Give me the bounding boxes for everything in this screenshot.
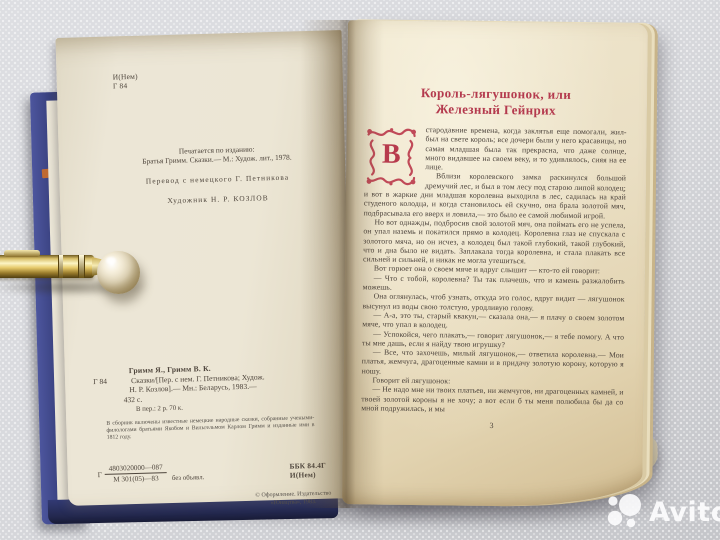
library-call-number: И(Нем) Г 84 <box>113 72 139 91</box>
bbk-classification: ББК 84.4Г И(Нем) <box>289 461 326 480</box>
pen-ring <box>58 255 63 278</box>
catalog-code: Г 4803020000—087 М 301(05)—83 без объявл… <box>97 462 204 484</box>
drop-cap: В <box>364 125 419 188</box>
call-number-line: Г 84 <box>113 81 138 91</box>
story-content: Король-лягушонок, или Железный Гейнрих <box>361 84 627 431</box>
story-paragraph: — Не надо мне ни твоих платьев, ни жемчу… <box>361 385 623 416</box>
pen-clip <box>4 250 40 257</box>
bibliographic-record: Гримм Я., Гримм В. К. Г 84 Сказки/[Пер. … <box>91 361 327 442</box>
story-title-line: Железный Гейнрих <box>365 100 627 119</box>
story-paragraph: — Все, что захочешь, милый лягушонок,— о… <box>362 348 624 379</box>
imprint-center-block: Печатается по изданию: Братья Гримм. Ска… <box>89 142 347 207</box>
drop-cap-letter: В <box>364 139 418 170</box>
catalog-denominator: М 301(05)—83 <box>105 473 167 484</box>
pen-glass-ball <box>97 251 140 294</box>
story-page: Король-лягушонок, или Железный Гейнрих <box>342 20 648 508</box>
catalog-suffix: без объявл. <box>172 474 205 482</box>
story-title: Король-лягушонок, или Железный Гейнрих <box>365 84 627 118</box>
book-photo-scene: И(Нем) Г 84 Печатается по изданию: Брать… <box>0 0 720 540</box>
avito-watermark: Avito <box>604 492 720 532</box>
catalog-prefix: Г <box>98 470 102 478</box>
bib-index: Г 84 <box>91 376 131 387</box>
annotation-text: В сборник включены известные немецкие на… <box>106 415 315 442</box>
avito-wordmark: Avito <box>649 497 720 528</box>
avito-circles-icon <box>604 492 644 532</box>
bbk-line: И(Нем) <box>290 470 327 480</box>
story-paragraph: Но вот однажды, подбросив свой золотой м… <box>363 217 626 267</box>
pen-ring <box>78 255 85 278</box>
story-body: В стародавние времена, когда заклятья ещ… <box>361 124 627 415</box>
call-number-line: И(Нем) <box>113 72 138 82</box>
story-paragraph: — А-а, это ты, старый квакун,— сказала о… <box>362 310 624 332</box>
page-number: 3 <box>361 420 623 432</box>
